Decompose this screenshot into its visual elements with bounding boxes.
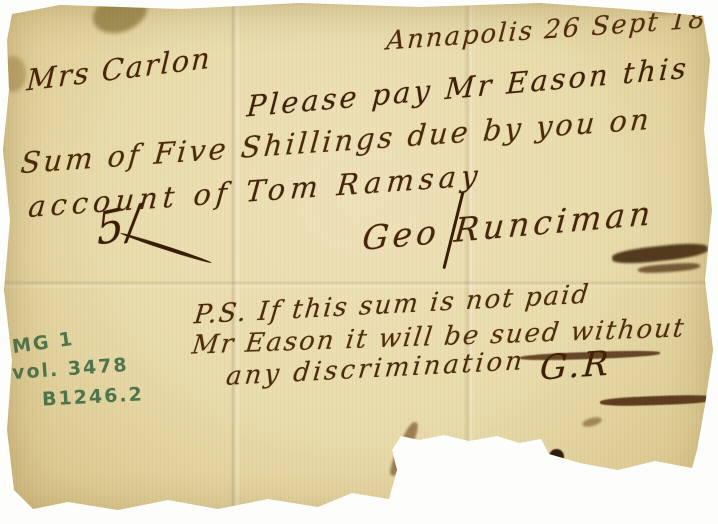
document-scan: Annapolis 26 Sept 1834 Mrs Carlon Please… [0, 0, 718, 524]
ink-stain [611, 241, 708, 266]
ink-stain [395, 461, 430, 478]
ink-stain [581, 416, 602, 429]
salutation: Mrs Carlon [26, 40, 213, 97]
archival-mark-collection: MG 1 [11, 328, 76, 358]
ink-stain [549, 449, 564, 464]
paper-crease-horizontal [0, 280, 718, 289]
postscript-initials: G.R [539, 343, 613, 388]
ink-stain [87, 0, 153, 40]
amount-figure: 5/ [95, 195, 144, 256]
ink-stain [0, 56, 26, 92]
ink-stain [468, 468, 530, 486]
paper-crease-vertical-left [230, 0, 240, 524]
manuscript-paper: Annapolis 26 Sept 1834 Mrs Carlon Please… [0, 0, 718, 524]
archival-mark-volume: vol. 3478 [11, 354, 129, 384]
ink-stain [387, 420, 422, 478]
dateline: Annapolis 26 Sept 1834 [385, 1, 718, 56]
signature: Geo Runciman [361, 193, 656, 258]
ink-stain [638, 262, 700, 274]
archival-mark-item: B1246.2 [41, 383, 144, 410]
ink-stain [600, 394, 716, 407]
